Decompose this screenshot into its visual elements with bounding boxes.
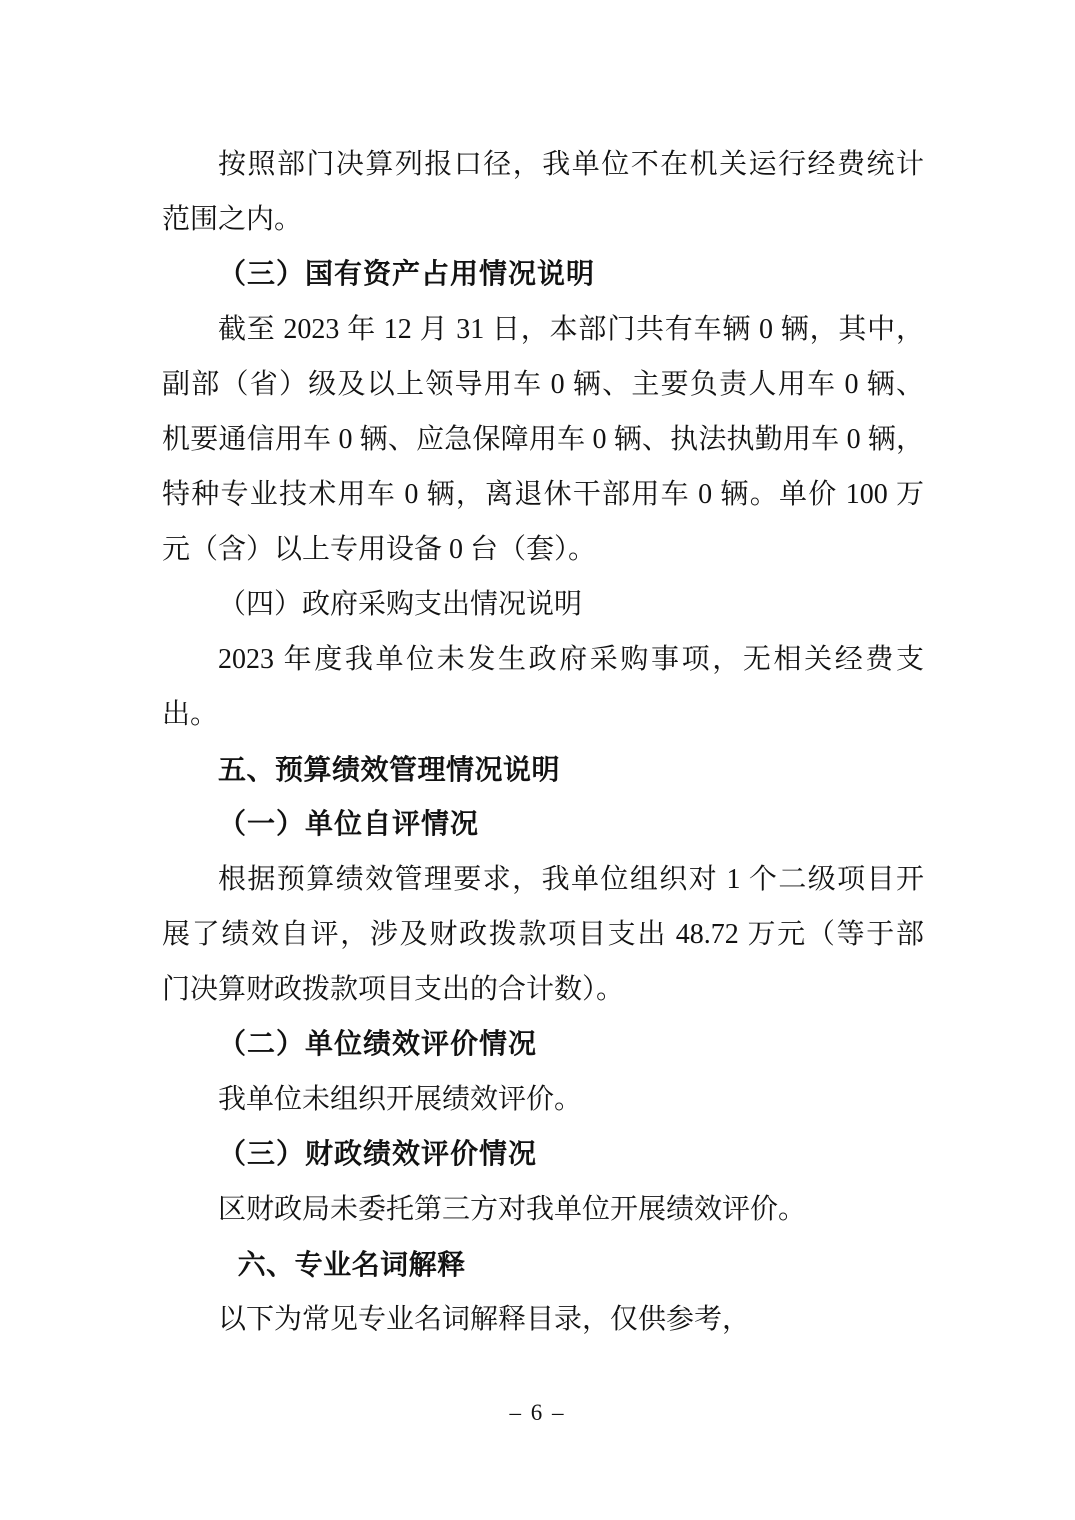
- section-heading: 六、专业名词解释: [162, 1237, 924, 1292]
- subsection-heading: （二）单位绩效评价情况: [162, 1017, 924, 1072]
- subsection-heading: （三）国有资产占用情况说明: [162, 247, 924, 302]
- subsection-heading: （三）财政绩效评价情况: [162, 1127, 924, 1182]
- body-text-line: 区财政局未委托第三方对我单位开展绩效评价。: [162, 1182, 924, 1237]
- body-text-line: 特种专业技术用车 0 辆，离退休干部用车 0 辆。单价 100 万: [162, 467, 924, 522]
- subsection-heading-plain: （四）政府采购支出情况说明: [162, 577, 924, 632]
- page-number: – 6 –: [0, 1398, 1075, 1428]
- body-text-line: 以下为常见专业名词解释目录，仅供参考，: [162, 1292, 924, 1347]
- body-text-line: 2023 年度我单位未发生政府采购事项，无相关经费支: [162, 632, 924, 687]
- body-text-line: 门决算财政拨款项目支出的合计数）。: [162, 962, 924, 1017]
- body-text-line: 出。: [162, 687, 924, 742]
- document-body: 按照部门决算列报口径，我单位不在机关运行经费统计 范围之内。 （三）国有资产占用…: [162, 137, 924, 1347]
- body-text-line: 我单位未组织开展绩效评价。: [162, 1072, 924, 1127]
- document-page: 按照部门决算列报口径，我单位不在机关运行经费统计 范围之内。 （三）国有资产占用…: [0, 0, 1075, 1520]
- body-text-line: 展了绩效自评，涉及财政拨款项目支出 48.72 万元（等于部: [162, 907, 924, 962]
- section-heading: 五、预算绩效管理情况说明: [162, 742, 924, 797]
- body-text-line: 根据预算绩效管理要求，我单位组织对 1 个二级项目开: [162, 852, 924, 907]
- body-text-line: 副部（省）级及以上领导用车 0 辆、主要负责人用车 0 辆、: [162, 357, 924, 412]
- body-text-line: 范围之内。: [162, 192, 924, 247]
- body-text-line: 元（含）以上专用设备 0 台（套）。: [162, 522, 924, 577]
- body-text-line: 机要通信用车 0 辆、应急保障用车 0 辆、执法执勤用车 0 辆，: [162, 412, 924, 467]
- body-text-line: 按照部门决算列报口径，我单位不在机关运行经费统计: [162, 137, 924, 192]
- body-text-line: 截至 2023 年 12 月 31 日，本部门共有车辆 0 辆，其中，: [162, 302, 924, 357]
- subsection-heading: （一）单位自评情况: [162, 797, 924, 852]
